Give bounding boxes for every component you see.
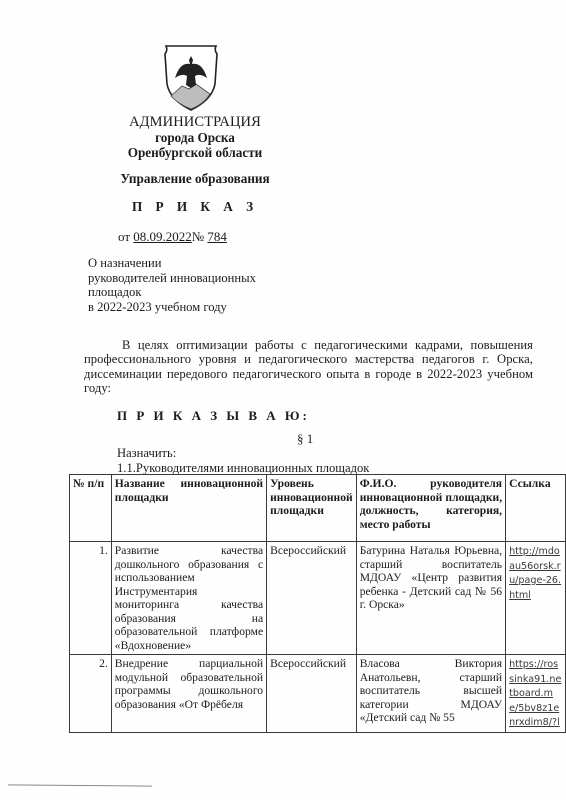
row-name: Развитие качества дошкольного образовани… <box>111 542 266 655</box>
order-date-number: от 08.09.2022№ 784 <box>118 229 227 245</box>
row-leader: Власова Виктория Анатольевн, старший вос… <box>356 655 505 733</box>
header-link: Ссылка <box>506 475 566 542</box>
row-level: Всероссийский <box>267 542 357 655</box>
header-num: № п/п <box>70 475 112 542</box>
section-number: § 1 <box>297 431 313 447</box>
innovation-sites-table: № п/п Название инновационной площадки Ур… <box>69 474 566 733</box>
subject-line: в 2022-2023 учебном году <box>88 300 256 315</box>
org-region: Оренбургской области <box>75 145 315 161</box>
table-row: 2. Внедрение парциальной модульной образ… <box>70 655 566 733</box>
order-word: П Р И К А З Ы В А Ю: <box>117 408 310 424</box>
department: Управление образования <box>75 171 315 187</box>
row-num: 1. <box>70 542 112 655</box>
doc-type: П Р И К А З <box>75 199 315 215</box>
row-link[interactable]: https://rossinka91.netboard.me/5bv8z1enr… <box>509 659 561 728</box>
row-leader: Батурина Наталья Юрьевна, старший воспит… <box>356 542 505 655</box>
header-leader: Ф.И.О. руководителя инновационной площад… <box>356 475 505 542</box>
subject-line: руководителей инновационных <box>88 271 256 286</box>
order-number: 784 <box>207 229 227 244</box>
order-date: 08.09.2022 <box>133 229 192 244</box>
table-header-row: № п/п Название инновационной площадки Ур… <box>70 475 566 542</box>
number-sign: № <box>192 229 204 244</box>
subject-line: О назначении <box>88 256 256 271</box>
preamble: В целях оптимизации работы с педагогичес… <box>84 338 533 396</box>
header-name: Название инновационной площадки <box>111 475 266 542</box>
coat-of-arms-icon <box>162 42 220 112</box>
appoint-label: Назначить: <box>117 446 176 461</box>
org-city: города Орска <box>75 130 315 146</box>
row-num: 2. <box>70 655 112 733</box>
header-level: Уровень инновационной площадки <box>267 475 357 542</box>
row-name: Внедрение парциальной модульной образова… <box>111 655 266 733</box>
table-row: 1. Развитие качества дошкольного образов… <box>70 542 566 655</box>
footnote-divider <box>8 784 152 786</box>
row-link[interactable]: http://mdoau56orsk.ru/page-26.html <box>509 546 561 601</box>
row-level: Всероссийский <box>267 655 357 733</box>
org-name: АДМИНИСТРАЦИЯ <box>75 114 315 130</box>
order-subject: О назначении руководителей инновационных… <box>88 256 256 314</box>
date-prefix: от <box>118 229 130 244</box>
subject-line: площадок <box>88 285 256 300</box>
